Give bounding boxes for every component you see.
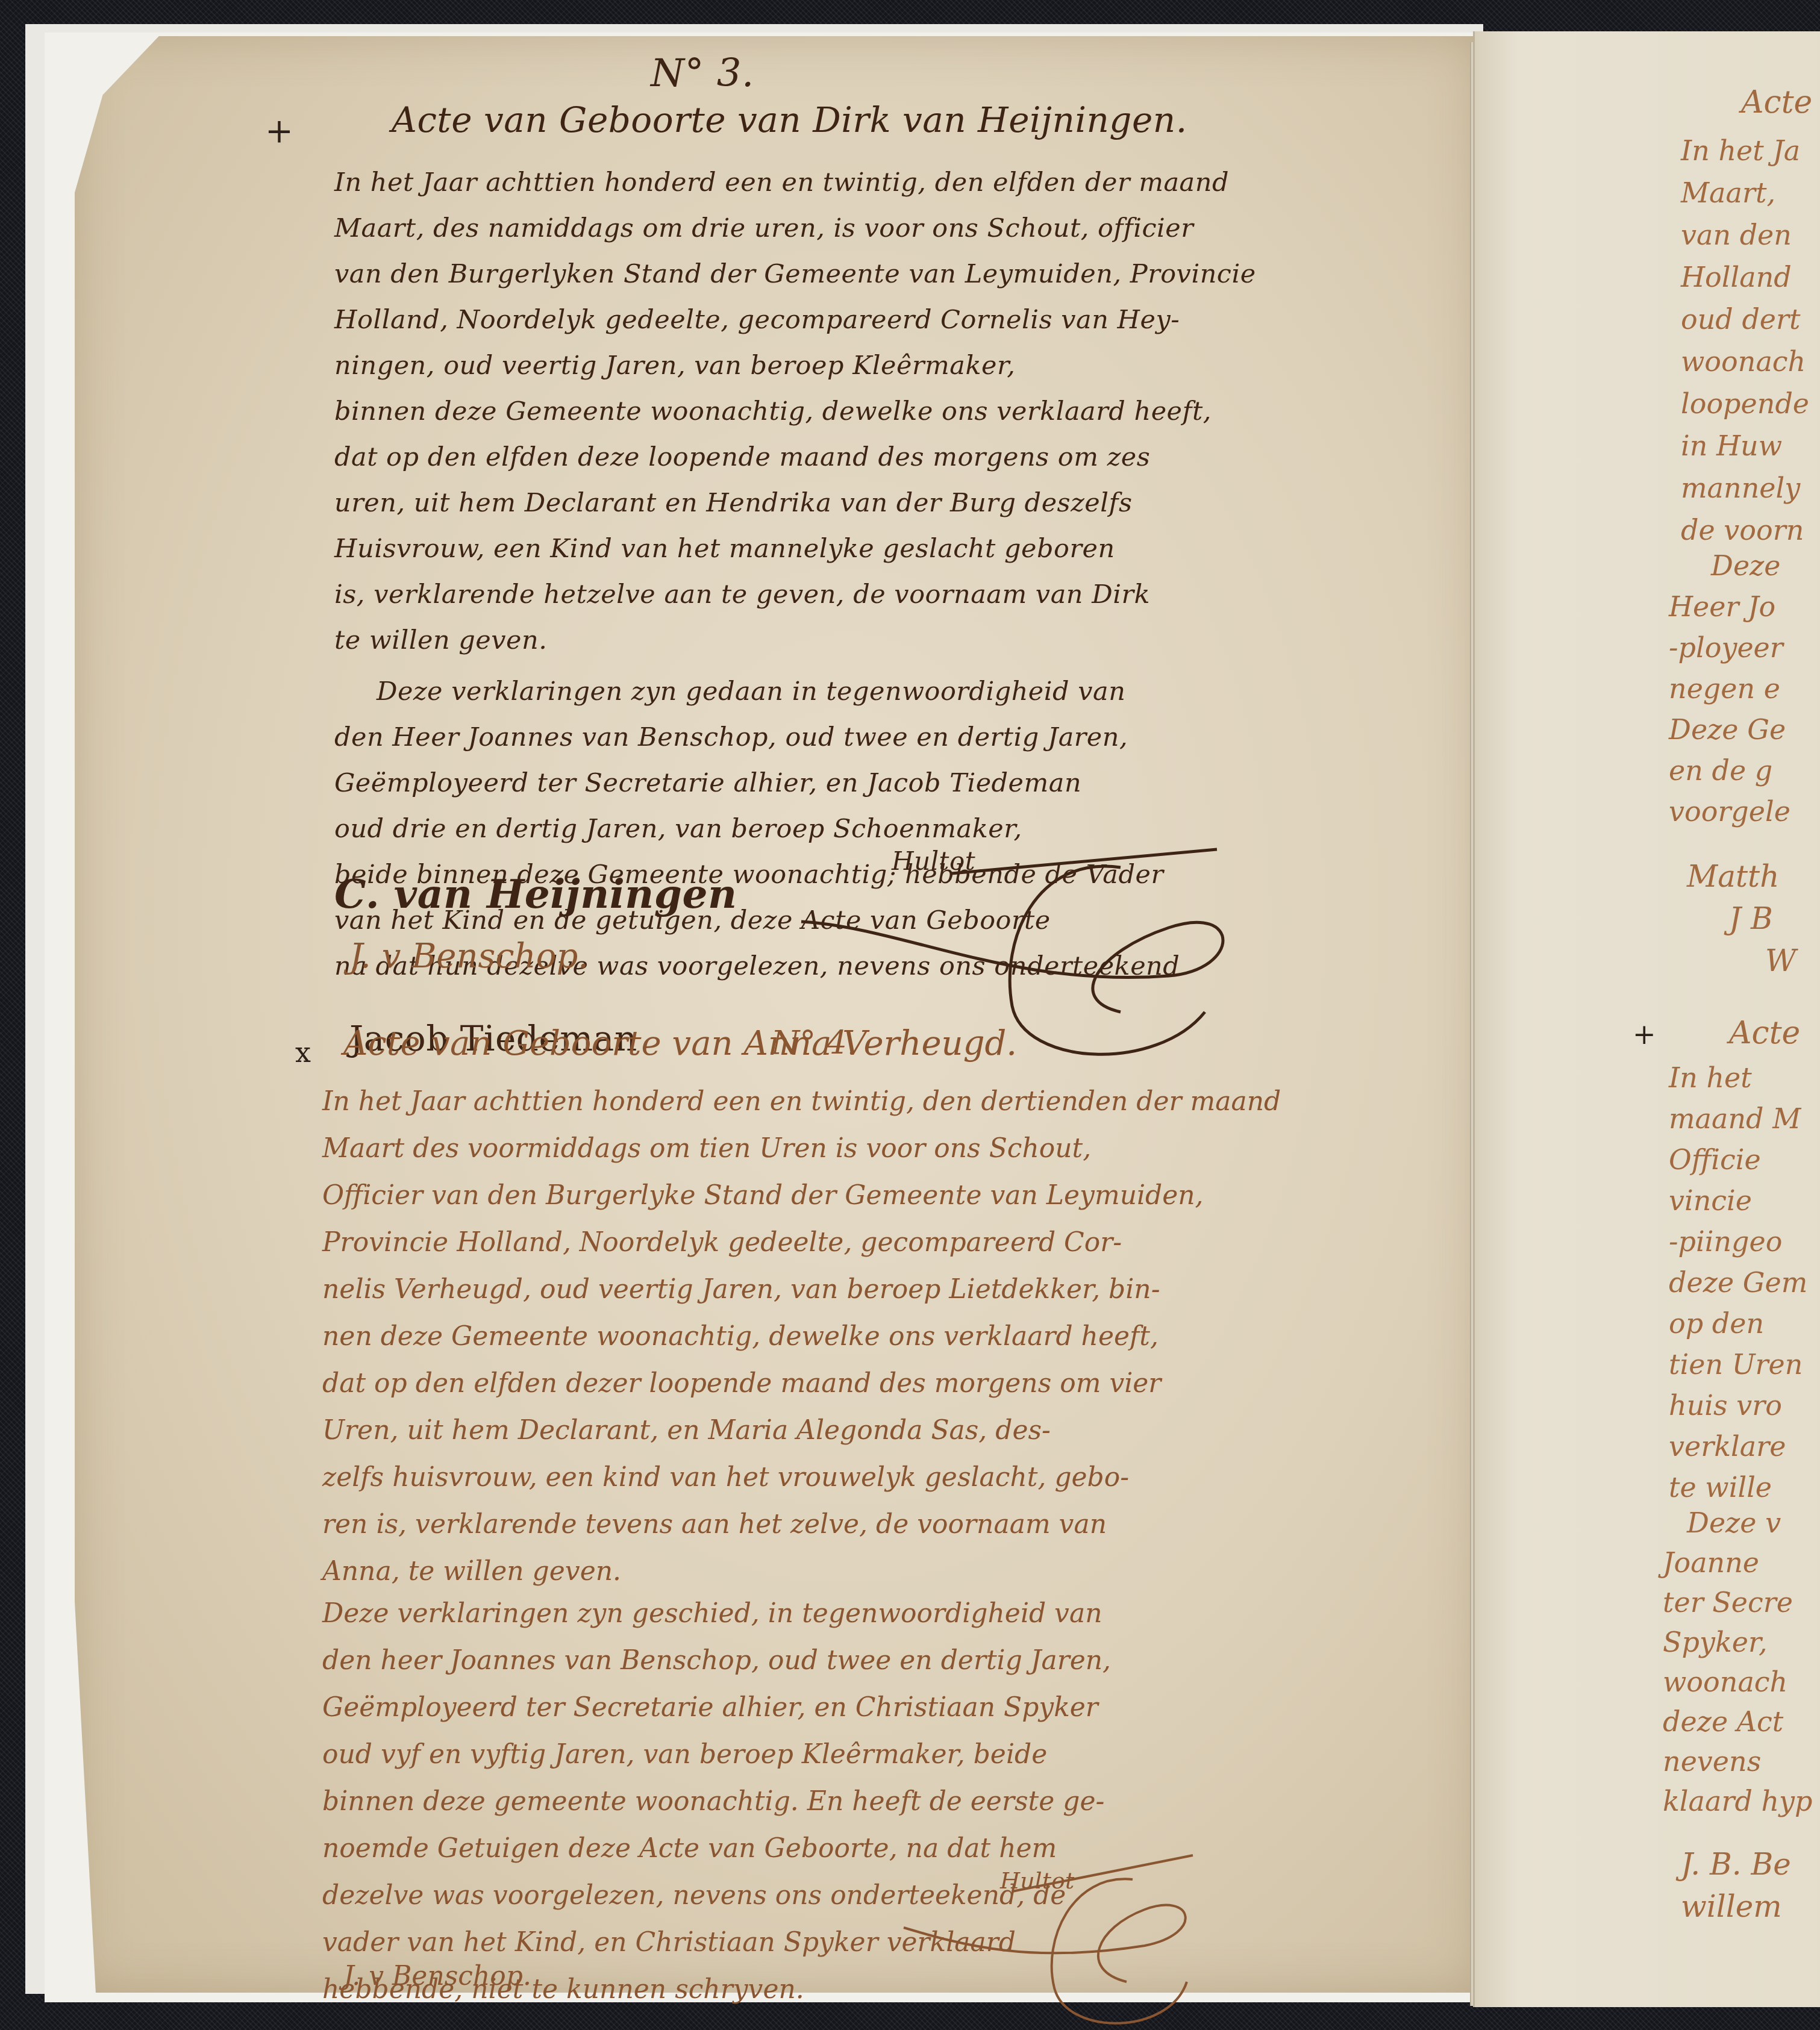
text-line: nen deze Gemeente woonachtig, dewelke on… [322, 1313, 1281, 1360]
signature: Matth [1687, 855, 1796, 898]
text-line: Anna, te willen geven. [322, 1548, 1281, 1595]
right-record-body-top: In het Ja Maart, van den Holland oud der… [1681, 130, 1809, 551]
text-line: van den [1681, 214, 1809, 256]
signature-c-van-heijningen: C. van Heijningen [334, 870, 737, 917]
text-line: voorgele [1669, 791, 1790, 832]
text-line: Heer Jo [1669, 586, 1790, 627]
text-line: uren, uit hem Declarant en Hendrika van … [334, 480, 1256, 526]
record-3-number: N° 3. [651, 51, 754, 96]
text-line: dat op den elfden deze loopende maand de… [334, 434, 1256, 480]
text-line: verklare [1669, 1426, 1807, 1467]
right-record-body-bottom: In het maand M Officie vincie -piingeo d… [1669, 1057, 1807, 1508]
right-signatures-top: Matth J B W [1687, 855, 1796, 982]
text-line: ter Secre [1663, 1582, 1813, 1622]
text-line: binnen deze gemeente woonachtig. En heef… [322, 1778, 1111, 1825]
text-line: In het Jaar achttien honderd een en twin… [334, 160, 1256, 205]
text-line: den heer Joannes van Benschop, oud twee … [322, 1637, 1111, 1684]
record-4-body: In het Jaar achttien honderd een en twin… [322, 1078, 1281, 1595]
text-line: Maart, [1681, 172, 1809, 214]
text-line: -ployeer [1669, 627, 1790, 668]
text-line: te wille [1669, 1467, 1807, 1508]
text-line: nelis Verheugd, oud veertig Jaren, van b… [322, 1266, 1281, 1313]
signature: willem [1681, 1885, 1791, 1928]
text-line: vincie [1669, 1180, 1807, 1221]
text-line: ningen, oud veertig Jaren, van beroep Kl… [334, 343, 1256, 389]
record-3-title: Acte van Geboorte van Dirk van Heijninge… [392, 99, 1187, 140]
record-3-body: In het Jaar achttien honderd een en twin… [334, 160, 1256, 663]
signature: J. B. Be [1681, 1843, 1791, 1885]
right-record-title-bottom: Acte [1729, 1015, 1800, 1051]
text-line: -piingeo [1669, 1221, 1807, 1262]
text-line: Deze [1669, 545, 1790, 586]
text-line: woonach [1663, 1662, 1813, 1702]
record-4-margin-x-icon: x [295, 1036, 311, 1069]
signature: W [1687, 940, 1796, 982]
text-line: nevens [1663, 1741, 1813, 1781]
text-line: Officie [1669, 1139, 1807, 1180]
text-line: Uren, uit hem Declarant, en Maria Alegon… [322, 1407, 1281, 1454]
right-record-witnesses-bottom: Deze v Joanne ter Secre Spyker, woonach … [1663, 1503, 1813, 1821]
text-line: Geëmployeerd ter Secretarie alhier, en J… [334, 760, 1180, 806]
text-line: Joanne [1663, 1543, 1813, 1582]
text-line: Deze v [1663, 1503, 1813, 1543]
text-line: Deze verklaringen zyn gedaan in tegenwoo… [334, 669, 1180, 714]
text-line: klaard hyp [1663, 1781, 1813, 1821]
text-line: ren is, verklarende tevens aan het zelve… [322, 1501, 1281, 1548]
text-line: Maart des voormiddags om tien Uren is vo… [322, 1125, 1281, 1172]
text-line: deze Gem [1669, 1262, 1807, 1303]
right-margin-cross-icon: + [1633, 1018, 1656, 1051]
text-line: dat op den elfden dezer loopende maand d… [322, 1360, 1281, 1407]
signature-j-v-benschop: J. v Benschop. [349, 937, 589, 976]
text-line: binnen deze Gemeente woonachtig, dewelke… [334, 389, 1256, 434]
text-line: huis vro [1669, 1385, 1807, 1426]
text-line: in Huw [1681, 425, 1809, 467]
text-line: oud dert [1681, 298, 1809, 340]
text-line: deze Act [1663, 1702, 1813, 1741]
text-line: woonach [1681, 340, 1809, 383]
text-line: op den [1669, 1303, 1807, 1344]
text-line: Provincie Holland, Noordelyk gedeelte, g… [322, 1219, 1281, 1266]
right-record-witnesses-top: Deze Heer Jo -ployeer negen e Deze Ge en… [1669, 545, 1790, 832]
record-4-title: Acte van Geboorte van Anna Verheugd. [343, 1024, 1017, 1063]
text-line: mannely [1681, 467, 1809, 509]
text-line: Holland [1681, 256, 1809, 298]
text-line: zelfs huisvrouw, een kind van het vrouwe… [322, 1454, 1281, 1501]
text-line: Geëmployeerd ter Secretarie alhier, en C… [322, 1684, 1111, 1731]
text-line: In het Jaar achttien honderd een en twin… [322, 1078, 1281, 1125]
right-record-title-top: Acte [1741, 84, 1812, 120]
text-line: loopende [1681, 383, 1809, 425]
text-line: oud vyf en vyftig Jaren, van beroep Kleê… [322, 1731, 1111, 1778]
text-line: Deze verklaringen zyn geschied, in tegen… [322, 1590, 1111, 1637]
signature: J B [1687, 898, 1796, 940]
text-line: Spyker, [1663, 1622, 1813, 1662]
text-line: is, verklarende hetzelve aan te geven, d… [334, 572, 1256, 617]
right-signatures-bottom: J. B. Be willem [1681, 1843, 1791, 1928]
text-line: den Heer Joannes van Benschop, oud twee … [334, 714, 1180, 760]
text-line: Officier van den Burgerlyke Stand der Ge… [322, 1172, 1281, 1219]
text-line: van den Burgerlyken Stand der Gemeente v… [334, 251, 1256, 297]
text-line: negen e [1669, 668, 1790, 709]
text-line: maand M [1669, 1098, 1807, 1139]
text-line: tien Uren [1669, 1344, 1807, 1385]
text-line: Maart, des namiddags om drie uren, is vo… [334, 205, 1256, 251]
signature-j-v-benschop-2: J. v Benschop. [343, 1961, 531, 1991]
text-line: In het [1669, 1057, 1807, 1098]
text-line: te willen geven. [334, 617, 1256, 663]
text-line: en de g [1669, 750, 1790, 791]
signature-flourish-icon [892, 1843, 1229, 2030]
text-line: In het Ja [1681, 130, 1809, 172]
text-line: Holland, Noordelyk gedeelte, gecompareer… [334, 297, 1256, 343]
text-line: Huisvrouw, een Kind van het mannelyke ge… [334, 526, 1256, 572]
text-line: Deze Ge [1669, 709, 1790, 750]
record-3-margin-cross-icon: + [265, 111, 293, 151]
